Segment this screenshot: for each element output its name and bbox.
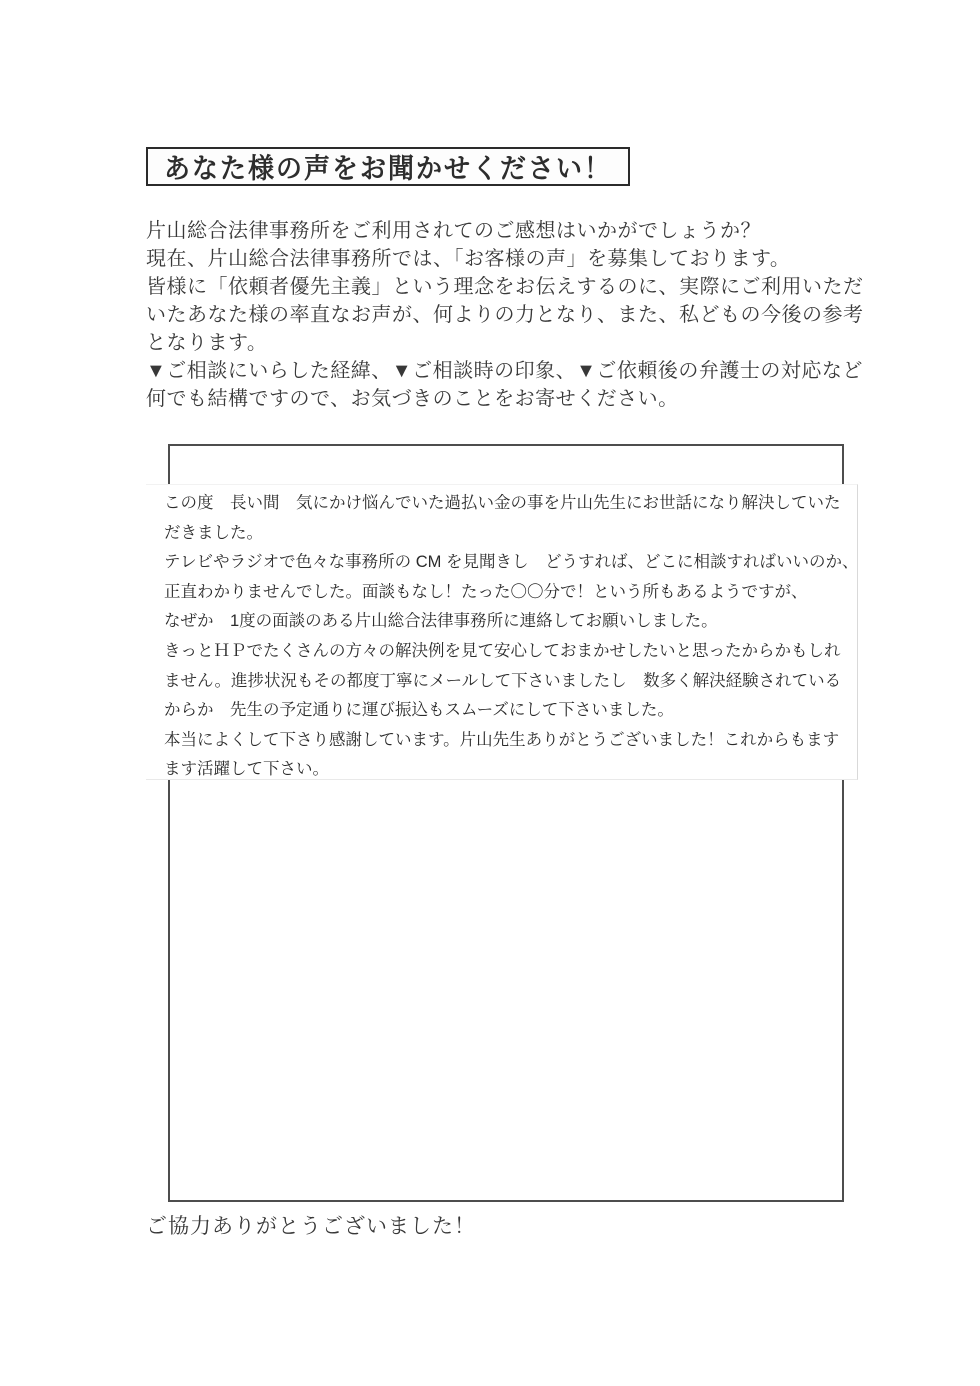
feedback-note-strip: この度 長い間 気にかけ悩んでいた過払い金の事を片山先生にお世話になり解決してい… (146, 484, 858, 780)
intro-line: ▼ご相談にいらした経緯、▼ご相談時の印象、▼ご依頼後の弁護士の対応など (146, 357, 870, 385)
feedback-line: ません。進捗状況もその都度丁寧にメールして下さいましたし 数多く解決経験されてい… (164, 667, 854, 697)
feedback-line: からか 先生の予定通りに運び振込もスムーズにして下さいました。 (164, 696, 854, 726)
intro-line: 片山総合法律事務所をご利用されてのご感想はいかがでしょうか？ (146, 217, 870, 245)
feedback-line: 本当によくして下さり感謝しています。片山先生ありがとうございました！これからもま… (164, 726, 854, 756)
intro-line: 現在、片山総合法律事務所では、「お客様の声」を募集しております。 (146, 245, 870, 273)
feedback-line: この度 長い間 気にかけ悩んでいた過払い金の事を片山先生にお世話になり解決してい… (164, 489, 854, 519)
scanned-document-page: あなた様の声をお聞かせください！ 片山総合法律事務所をご利用されてのご感想はいか… (0, 0, 980, 1386)
feedback-text: この度 長い間 気にかけ悩んでいた過払い金の事を片山先生にお世話になり解決してい… (164, 489, 854, 785)
intro-paragraph: 片山総合法律事務所をご利用されてのご感想はいかがでしょうか？ 現在、片山総合法律… (146, 217, 870, 413)
intro-line: いたあなた様の率直なお声が、何よりの力となり、また、私どもの今後の参考 (146, 301, 870, 329)
closing-note: ご協力ありがとうございました！ (146, 1210, 476, 1240)
feedback-line: ます活躍して下さい。 (164, 755, 854, 785)
intro-line: 何でも結構ですので、お気づきのことをお寄せください。 (146, 385, 870, 413)
feedback-line: きっとＨＰでたくさんの方々の解決例を見て安心しておまかせしたいと思ったからかもし… (164, 637, 854, 667)
title-box: あなた様の声をお聞かせください！ (146, 147, 630, 186)
feedback-line: テレビやラジオで色々な事務所の CM を見聞きし どうすれば、どこに相談すればい… (164, 548, 854, 578)
intro-line: となります。 (146, 329, 870, 357)
feedback-line: なぜか 1度の面談のある片山総合法律事務所に連絡してお願いしました。 (164, 607, 854, 637)
feedback-line: だきました。 (164, 519, 854, 549)
intro-line: 皆様に「依頼者優先主義」という理念をお伝えするのに、実際にご利用いただ (146, 273, 870, 301)
feedback-line: 正直わかりませんでした。面談もなし！たった〇〇分で！という所もあるようですが、 (164, 578, 854, 608)
page-title: あなた様の声をお聞かせください！ (164, 147, 612, 186)
